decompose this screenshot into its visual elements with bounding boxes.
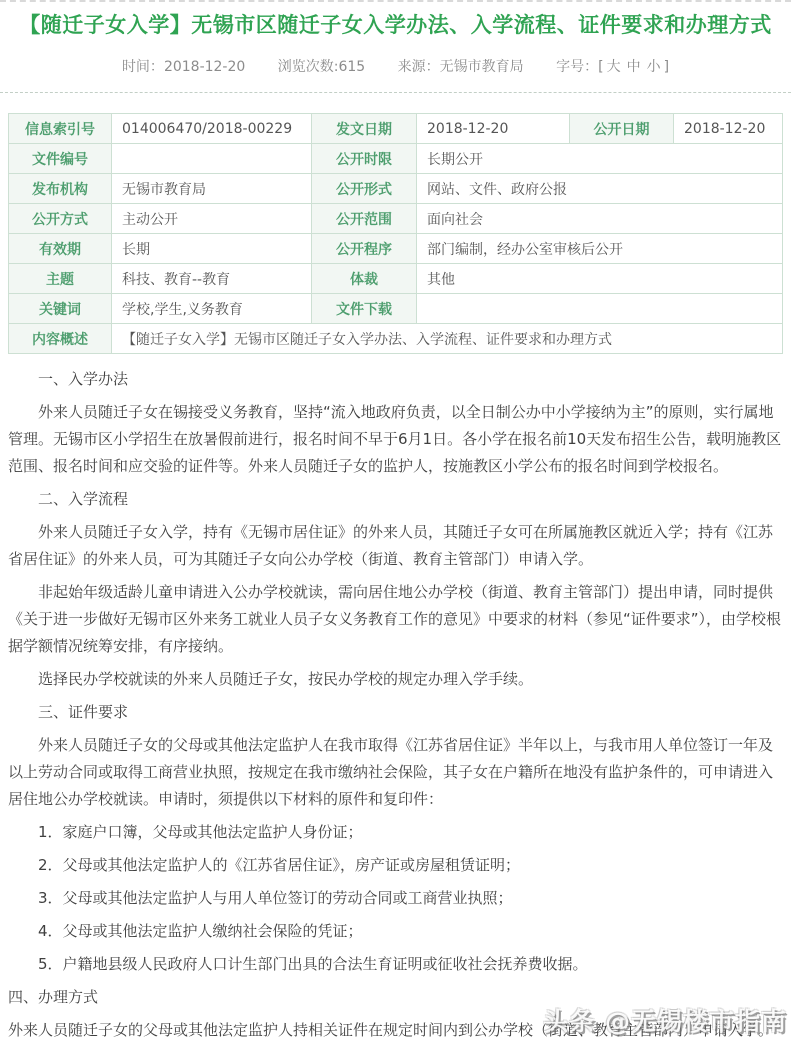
meta-time-label: 时间：	[122, 59, 164, 75]
keywords-value: 学校,学生,义务教育	[112, 294, 312, 324]
public-date-label: 公开日期	[570, 114, 674, 144]
meta-time: 时间：2018-12-20	[122, 58, 245, 76]
topic-label: 主题	[9, 264, 112, 294]
validity-label: 有效期	[9, 234, 112, 264]
meta-time-value: 2018-12-20	[164, 59, 245, 75]
meta-source-label: 来源：	[398, 59, 440, 75]
public-method-label: 公开方式	[9, 204, 112, 234]
file-download-label: 文件下载	[312, 294, 417, 324]
article-body: 一、入学办法 外来人员随迁子女在锡接受义务教育，坚持“流入地政府负责，以全日制公…	[0, 366, 791, 1044]
meta-source-value: 无锡市教育局	[440, 59, 524, 75]
section-2-paragraph: 选择民办学校就读的外来人员随迁子女，按民办学校的规定办理入学手续。	[8, 666, 783, 693]
public-procedure-label: 公开程序	[312, 234, 417, 264]
article-meta: 时间：2018-12-20 浏览次数:615 来源：无锡市教育局 字号：[大中小…	[0, 58, 791, 76]
public-period-value: 长期公开	[417, 144, 783, 174]
table-row: 信息索引号 014006470/2018-00229 发文日期 2018-12-…	[9, 114, 783, 144]
info-index-label: 信息索引号	[9, 114, 112, 144]
section-2-paragraph: 非起始年级适龄儿童申请进入公办学校就读，需向居住地公办学校（街道、教育主管部门）…	[8, 579, 783, 660]
public-form-label: 公开形式	[312, 174, 417, 204]
document-list-item: 3．父母或其他法定监护人与用人单位签订的劳动合同或工商营业执照；	[8, 885, 783, 912]
meta-views-label: 浏览次数:	[278, 59, 339, 75]
meta-views: 浏览次数:615	[278, 58, 365, 76]
meta-views-value: 615	[338, 59, 365, 75]
table-row: 主题 科技、教育--教育 体裁 其他	[9, 264, 783, 294]
fontsize-large-button[interactable]: 大	[607, 59, 621, 75]
table-row: 公开方式 主动公开 公开范围 面向社会	[9, 204, 783, 234]
public-method-value: 主动公开	[112, 204, 312, 234]
document-list-item: 1．家庭户口簿，父母或其他法定监护人身份证；	[8, 819, 783, 846]
table-row: 内容概述 【随迁子女入学】无锡市区随迁子女入学办法、入学流程、证件要求和办理方式	[9, 324, 783, 354]
section-1-heading: 一、入学办法	[8, 366, 783, 393]
topic-value: 科技、教育--教育	[112, 264, 312, 294]
dashed-divider	[0, 92, 791, 93]
table-row: 有效期 长期 公开程序 部门编制，经办公室审核后公开	[9, 234, 783, 264]
table-row: 关键词 学校,学生,义务教育 文件下载	[9, 294, 783, 324]
publisher-label: 发布机构	[9, 174, 112, 204]
table-row: 发布机构 无锡市教育局 公开形式 网站、文件、政府公报	[9, 174, 783, 204]
meta-source: 来源：无锡市教育局	[398, 58, 524, 76]
summary-label: 内容概述	[9, 324, 112, 354]
public-form-value: 网站、文件、政府公报	[417, 174, 783, 204]
issue-date-label: 发文日期	[312, 114, 417, 144]
fontsize-bracket-close: ]	[664, 59, 669, 75]
meta-fontsize-label: 字号：	[556, 59, 598, 75]
keywords-label: 关键词	[9, 294, 112, 324]
fontsize-small-button[interactable]: 小	[647, 59, 661, 75]
public-procedure-value: 部门编制，经办公室审核后公开	[417, 234, 783, 264]
public-scope-label: 公开范围	[312, 204, 417, 234]
file-download-value	[417, 294, 783, 324]
publisher-value: 无锡市教育局	[112, 174, 312, 204]
page-title: 【随迁子女入学】无锡市区随迁子女入学办法、入学流程、证件要求和办理方式	[0, 10, 791, 40]
document-list-item: 5．户籍地县级人民政府人口计生部门出具的合法生育证明或征收社会抚养费收据。	[8, 951, 783, 978]
fontsize-bracket-open: [	[598, 59, 603, 75]
validity-value: 长期	[112, 234, 312, 264]
document-info-table: 信息索引号 014006470/2018-00229 发文日期 2018-12-…	[8, 113, 783, 354]
public-date-value: 2018-12-20	[674, 114, 783, 144]
document-list-item: 2．父母或其他法定监护人的《江苏省居住证》，房产证或房屋租赁证明；	[8, 852, 783, 879]
doc-number-label: 文件编号	[9, 144, 112, 174]
section-4-heading: 四、办理方式	[8, 984, 783, 1011]
meta-fontsize: 字号：[大中小]	[556, 58, 669, 76]
info-index-value: 014006470/2018-00229	[112, 114, 312, 144]
genre-value: 其他	[417, 264, 783, 294]
public-period-label: 公开时限	[312, 144, 417, 174]
table-row: 文件编号 公开时限 长期公开	[9, 144, 783, 174]
document-page: 【随迁子女入学】无锡市区随迁子女入学办法、入学流程、证件要求和办理方式 时间：2…	[0, 0, 791, 1050]
doc-number-value	[112, 144, 312, 174]
section-3-paragraph: 外来人员随迁子女的父母或其他法定监护人在我市取得《江苏省居住证》半年以上，与我市…	[8, 732, 783, 813]
section-2-paragraph: 外来人员随迁子女入学，持有《无锡市居住证》的外来人员，其随迁子女可在所属施教区就…	[8, 519, 783, 573]
genre-label: 体裁	[312, 264, 417, 294]
issue-date-value: 2018-12-20	[417, 114, 570, 144]
section-1-paragraph: 外来人员随迁子女在锡接受义务教育，坚持“流入地政府负责，以全日制公办中小学接纳为…	[8, 399, 783, 480]
section-4-paragraph: 外来人员随迁子女的父母或其他法定监护人持相关证件在规定时间内到公办学校（街道、教…	[8, 1017, 783, 1044]
document-list-item: 4．父母或其他法定监护人缴纳社会保险的凭证；	[8, 918, 783, 945]
fontsize-medium-button[interactable]: 中	[627, 59, 641, 75]
public-scope-value: 面向社会	[417, 204, 783, 234]
section-2-heading: 二、入学流程	[8, 486, 783, 513]
summary-value: 【随迁子女入学】无锡市区随迁子女入学办法、入学流程、证件要求和办理方式	[112, 324, 783, 354]
section-3-heading: 三、证件要求	[8, 699, 783, 726]
